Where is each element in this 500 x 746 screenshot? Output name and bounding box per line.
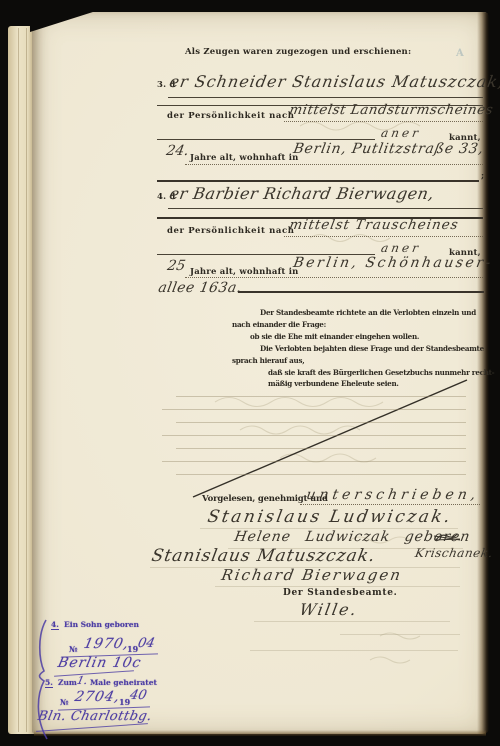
declaration-line: Der Standesbeamte richtete an die Verlob…: [260, 308, 476, 317]
ruled-line: [185, 277, 483, 278]
marriage-note-number-handwritten: 2704,: [73, 689, 121, 705]
ruled-line: [340, 634, 460, 635]
ruled-line: [157, 139, 375, 140]
blank-ruled-line: [176, 396, 466, 397]
ruled-line: [215, 586, 460, 587]
ruled-line: [168, 97, 483, 98]
marriage-note-title-post: Male geheiratet: [90, 678, 157, 687]
witness3-age-handwritten: 24.: [165, 143, 190, 159]
witness3-residence-handwritten: Berlin, Putlitzstraße 33,: [292, 141, 485, 157]
marriage-note-no-label: №: [60, 697, 69, 707]
birth-note-office-handwritten: Berlin 10c: [56, 655, 143, 671]
witness3-identity-handwritten: mittelst Landsturmscheines: [288, 102, 495, 118]
signature-witness4: Richard Bierwagen: [220, 566, 404, 584]
corner-mark: A: [456, 48, 464, 59]
declaration-line: daß sie kraft des Bürgerlichen Gesetzbuc…: [268, 368, 494, 377]
birth-note-year-handwritten: 04: [136, 636, 156, 651]
blank-ruled-line: [162, 435, 466, 436]
ruled-line: [168, 208, 483, 209]
birth-note-index: 4.: [51, 620, 59, 630]
marriage-note-title-pre: Zum: [58, 678, 77, 687]
witness4-name-handwritten: er Barbier Richard Bierwagen,: [168, 184, 436, 203]
marriage-note-index: 5.: [45, 678, 53, 688]
birth-note-number-handwritten: 1970,: [82, 636, 130, 652]
blank-ruled-line: [176, 448, 466, 449]
witness3-terminator: ;: [481, 171, 484, 181]
section-rule: [157, 180, 479, 182]
signature-bride: Helene Ludwiczak geboren: [233, 529, 472, 545]
marriage-note-office-handwritten: Bln. Charlottbg.: [36, 709, 153, 724]
marriage-note-year-handwritten: 40: [128, 688, 148, 703]
signature-witness3: Stanislaus Matuszczak.: [150, 546, 377, 566]
witness3-recognized-handwritten: aner: [380, 126, 422, 140]
register-book-photo: { "corner_mark": "A", "intro": { "witnes…: [0, 0, 500, 746]
marriage-note-times-handwritten: 1.: [76, 674, 89, 687]
witness4-recognized-handwritten: aner: [380, 241, 422, 255]
witness4-residence-handwritten-2: allee 163a.: [157, 280, 243, 296]
witnesses-heading: Als Zeugen waren zugezogen und erschiene…: [185, 47, 411, 57]
witness4-identity-label: der Persönlichkeit nach: [167, 226, 295, 236]
witness4-identity-handwritten: mittelst Trauscheines: [288, 217, 460, 233]
blank-ruled-line: [162, 461, 466, 462]
closing-handwritten: unterschrieben,: [305, 487, 481, 503]
registrar-label: Der Standesbeamte.: [283, 588, 398, 598]
declaration-line: nach einander die Frage:: [232, 320, 326, 329]
blank-ruled-line: [176, 422, 466, 423]
ruled-line: [284, 236, 483, 237]
blank-ruled-line: [162, 409, 466, 410]
declaration-line: Die Verlobten bejahten diese Frage und d…: [260, 344, 484, 353]
declaration-line: mäßig verbundene Eheleute seien.: [268, 379, 399, 388]
declaration-line: ob sie die Ehe mit einander eingehen wol…: [250, 332, 419, 341]
witness4-residence-handwritten: Berlin, Schönhauser-: [292, 255, 494, 271]
registrar-signature: Wille.: [298, 600, 359, 619]
declaration-line: sprach hierauf aus,: [232, 356, 304, 365]
birth-note-title: Ein Sohn geboren: [64, 620, 139, 629]
ruled-line: [300, 504, 480, 505]
witness4-age-handwritten: 25: [166, 258, 187, 274]
birth-note-no-label: №: [69, 644, 78, 654]
witness3-identity-label: der Persönlichkeit nach: [167, 111, 295, 121]
blank-ruled-line: [176, 474, 466, 475]
witness4-residence-label: Jahre alt, wohnhaft in: [190, 267, 299, 277]
ruled-line: [250, 650, 458, 651]
ruled-line: [185, 164, 483, 165]
witness3-name-handwritten: er Schneider Stanislaus Matuszczak,: [168, 72, 500, 91]
witness3-residence-label: Jahre alt, wohnhaft in: [190, 153, 299, 163]
signature-groom: Stanislaus Ludwiczak.: [206, 507, 454, 527]
section-rule: [238, 291, 484, 293]
ruled-line: [254, 621, 450, 622]
ruled-line: [284, 121, 483, 122]
